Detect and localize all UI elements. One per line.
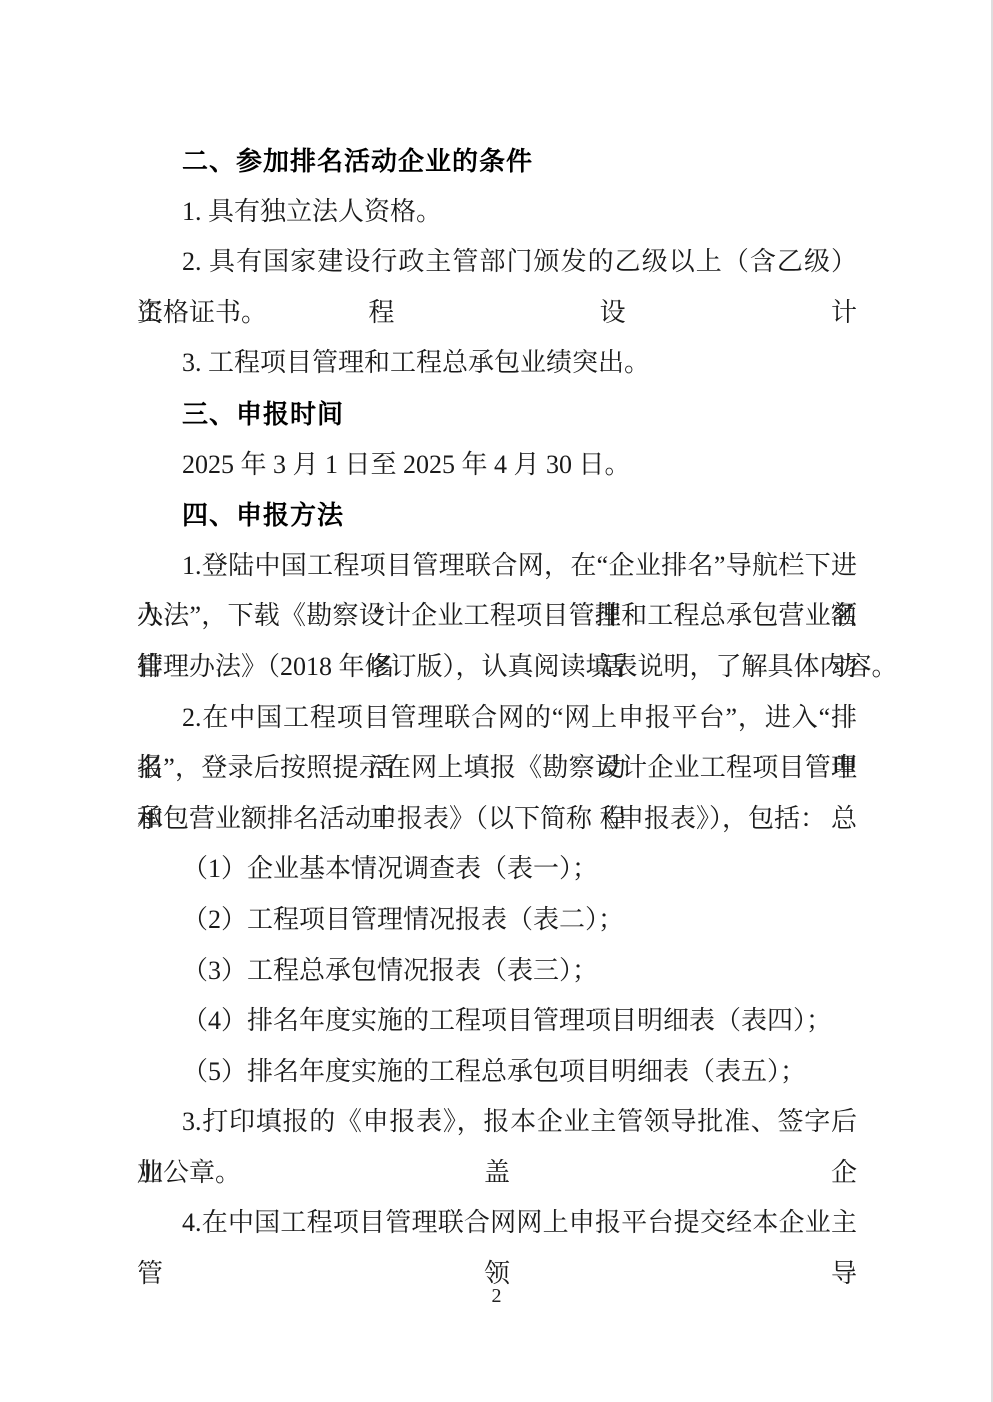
document-body: 二、参加排名活动企业的条件 1. 具有独立法人资格。 2. 具有国家建设行政主管… [137,136,857,1249]
method-step-4-line-1: 4.在中国工程项目管理联合网网上申报平台提交经本企业主管领导 [137,1198,857,1249]
method-step-2-line-3: 承包营业额排名活动申报表》（以下简称《申报表》），包括： [137,794,857,845]
form-list-item-4: （4）排名年度实施的工程项目管理项目明细表（表四）； [137,996,857,1047]
method-step-1-line-1: 1.登陆中国工程项目管理联合网，在“企业排名”导航栏下进入“排名 [137,541,857,592]
page-number: 2 [0,1285,993,1308]
method-step-3-line-1: 3.打印填报的《申报表》，报本企业主管领导批准、签字后加盖企 [137,1097,857,1148]
method-step-1-line-3: 管理办法》（2018 年修订版），认真阅读填表说明，了解具体内容。 [137,642,857,693]
declare-time-range: 2025 年 3 月 1 日至 2025 年 4 月 30 日。 [137,440,857,491]
condition-item-3: 3. 工程项目管理和工程总承包业绩突出。 [137,338,857,389]
form-list-item-2: （2）工程项目管理情况报表（表二）； [137,895,857,946]
form-list-item-3: （3）工程总承包情况报表（表三）； [137,946,857,997]
document-page: 二、参加排名活动企业的条件 1. 具有独立法人资格。 2. 具有国家建设行政主管… [0,0,993,1402]
form-list-item-1: （1）企业基本情况调查表（表一）； [137,844,857,895]
condition-item-2-line-1: 2. 具有国家建设行政主管部门颁发的乙级以上（含乙级）工程设计 [137,237,857,288]
form-list-item-5: （5）排名年度实施的工程总承包项目明细表（表五）； [137,1047,857,1098]
section-heading-conditions: 二、参加排名活动企业的条件 [137,136,857,187]
method-step-2-line-1: 2.在中国工程项目管理联合网的“网上申报平台”，进入“排名活动申 [137,693,857,744]
section-heading-declare-method: 四、申报方法 [137,490,857,541]
method-step-2-line-2: 报”，登录后按照提示在网上填报《勘察设计企业工程项目管理和工程总 [137,743,857,794]
condition-item-1: 1. 具有独立法人资格。 [137,187,857,238]
section-heading-declare-time: 三、申报时间 [137,389,857,440]
method-step-1-line-2: 办法”，下载《勘察设计企业工程项目管理和工程总承包营业额排名活动 [137,591,857,642]
